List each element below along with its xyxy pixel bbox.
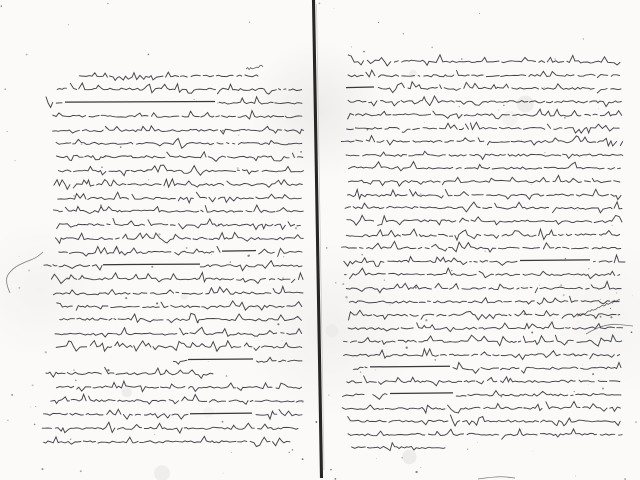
speck <box>616 292 617 293</box>
handwritten-text-line <box>348 55 620 66</box>
section-divider-rule <box>65 102 215 103</box>
handwritten-text-line <box>54 179 302 189</box>
speck <box>70 438 71 439</box>
speck <box>106 127 107 128</box>
speck <box>610 308 611 309</box>
speck <box>334 8 335 9</box>
speck <box>602 388 604 390</box>
section-divider-rule <box>370 366 450 367</box>
speck <box>248 255 250 257</box>
speck <box>425 319 427 321</box>
speck <box>73 369 75 371</box>
speck <box>524 313 526 315</box>
speck <box>281 144 282 145</box>
handwritten-text-line <box>51 273 303 284</box>
speck <box>328 394 330 396</box>
speck <box>610 316 612 318</box>
right-margin-gloss <box>577 300 620 316</box>
speck <box>68 24 69 25</box>
speck <box>295 227 297 229</box>
speck <box>125 297 127 299</box>
handwritten-text-line <box>54 286 304 294</box>
handwritten-text-line <box>341 136 622 146</box>
right-margin-curve <box>586 324 633 334</box>
handwritten-text-line <box>378 82 621 93</box>
handwritten-text-line <box>344 255 625 266</box>
manuscript-scan <box>0 0 640 480</box>
speck <box>532 451 533 452</box>
speck <box>431 46 433 48</box>
smudge-blob <box>502 111 518 127</box>
speck <box>247 446 248 447</box>
speck <box>415 471 417 473</box>
handwritten-text-line <box>347 122 620 133</box>
speck <box>479 13 480 14</box>
section-divider-rule <box>346 87 374 88</box>
handwritten-text-line <box>44 409 302 419</box>
speck <box>616 293 617 294</box>
speck <box>67 278 69 280</box>
speck <box>255 307 256 308</box>
handwritten-text-line <box>44 436 290 446</box>
handwritten-text-line <box>55 327 302 337</box>
handwritten-text-line <box>57 301 302 310</box>
speck <box>302 400 304 402</box>
speck <box>360 371 361 372</box>
speck <box>222 421 224 423</box>
speck <box>91 157 92 158</box>
speck <box>154 434 155 435</box>
speck <box>214 399 215 400</box>
speck <box>239 130 240 131</box>
speck <box>320 465 321 466</box>
speck <box>45 351 47 353</box>
speck <box>32 384 34 386</box>
speck <box>229 261 231 263</box>
handwritten-text-line <box>56 381 301 392</box>
speck <box>575 476 576 477</box>
speck <box>574 354 576 356</box>
handwritten-text-line <box>348 175 619 186</box>
speck <box>211 254 212 255</box>
handwritten-text-line <box>346 151 623 159</box>
handwritten-text-line <box>57 218 301 229</box>
speck <box>73 195 74 196</box>
handwritten-text-line <box>56 138 302 148</box>
handwritten-text-line <box>53 126 304 134</box>
speck <box>580 368 581 369</box>
speck <box>7 420 8 421</box>
speck <box>223 473 224 474</box>
handwritten-text-line <box>342 402 620 414</box>
handwritten-text-line <box>347 376 620 386</box>
speck <box>564 117 566 119</box>
speck <box>11 394 13 396</box>
speck <box>277 323 279 325</box>
handwritten-text-line <box>57 152 303 162</box>
handwritten-text-line <box>349 296 619 304</box>
speck <box>583 38 584 39</box>
speck <box>566 342 568 344</box>
speck <box>467 449 468 450</box>
handwritten-text-line <box>344 349 620 360</box>
left-page-text-block <box>42 72 303 446</box>
handwritten-text-line <box>347 215 622 225</box>
handwritten-text-line <box>348 189 621 199</box>
speck <box>390 305 391 306</box>
speck <box>335 282 337 284</box>
speck <box>100 204 102 206</box>
left-margin-flourish <box>7 252 43 293</box>
speck <box>459 106 460 107</box>
speck <box>632 296 633 297</box>
speck <box>345 296 347 298</box>
handwritten-text-line <box>348 429 622 439</box>
speck <box>544 152 545 153</box>
speck <box>484 251 485 252</box>
handwritten-text-line <box>352 443 445 451</box>
speck <box>28 270 30 272</box>
speck <box>521 140 522 141</box>
speck <box>330 469 332 471</box>
speck <box>592 373 594 375</box>
handwritten-text-line <box>59 246 302 256</box>
smudge-blob <box>122 387 132 397</box>
speck <box>226 375 228 377</box>
speck <box>1 5 2 6</box>
speck <box>75 380 77 382</box>
handwritten-text-line <box>346 229 620 240</box>
speck <box>237 167 239 169</box>
speck <box>156 302 158 304</box>
speck <box>5 88 6 89</box>
speck <box>544 87 545 88</box>
handwritten-text-line <box>345 268 620 279</box>
speck <box>197 321 199 323</box>
speck <box>461 58 463 60</box>
speck <box>283 256 285 258</box>
handwritten-text-line <box>345 202 622 213</box>
speck <box>477 442 478 443</box>
handwritten-text-line <box>42 422 298 433</box>
speck <box>326 247 328 249</box>
handwritten-text-line <box>58 192 301 203</box>
speck <box>361 254 363 256</box>
speck <box>420 467 421 468</box>
speck <box>612 225 613 226</box>
speck <box>375 370 376 371</box>
speck <box>34 424 36 426</box>
speck <box>531 184 532 185</box>
speck <box>376 458 377 459</box>
section-divider-rule <box>520 260 590 261</box>
handwritten-text-line <box>342 241 621 252</box>
handwritten-text-line <box>346 282 621 293</box>
handwritten-text-line <box>58 165 303 176</box>
speck <box>498 109 499 110</box>
speck <box>434 359 436 361</box>
speck <box>14 160 15 161</box>
speck <box>521 128 522 129</box>
section-divider-rule <box>188 359 253 360</box>
bottom-edge-curve <box>478 477 515 479</box>
speck <box>437 92 438 93</box>
handwritten-text-line <box>44 261 302 271</box>
speck <box>107 369 109 371</box>
speck <box>7 131 8 132</box>
speck <box>146 169 147 170</box>
speck <box>560 284 562 286</box>
speck <box>598 108 599 109</box>
speck <box>565 258 567 260</box>
speck <box>158 233 160 235</box>
speck <box>281 340 282 341</box>
handwritten-text-line <box>57 83 302 94</box>
handwritten-text-line <box>344 335 622 346</box>
speck <box>217 103 218 104</box>
handwritten-text-line <box>348 415 621 426</box>
speck <box>577 210 578 211</box>
section-divider-rule <box>222 251 256 252</box>
handwritten-text-line <box>46 367 213 378</box>
speck <box>531 331 533 333</box>
speck <box>419 193 421 195</box>
handwritten-text-line <box>348 96 621 107</box>
handwritten-text-line <box>51 394 302 404</box>
handwritten-text-line <box>80 72 259 80</box>
speck <box>148 179 149 180</box>
handwritten-text-line <box>56 341 302 352</box>
speck <box>289 452 291 454</box>
speck <box>107 3 108 4</box>
speck <box>151 266 153 268</box>
speck <box>101 166 103 168</box>
section-divider-rule <box>103 264 200 265</box>
speck <box>35 406 36 407</box>
speck <box>300 151 302 153</box>
speck <box>631 331 633 333</box>
smudge-blob <box>402 450 416 464</box>
speck <box>600 299 601 300</box>
speck <box>18 287 20 289</box>
handwritten-text-line <box>348 70 620 78</box>
speck <box>148 54 150 56</box>
speck <box>588 384 589 385</box>
section-divider-rule <box>390 393 453 394</box>
speck <box>194 99 195 100</box>
speck <box>407 340 408 341</box>
handwritten-text-line <box>53 111 302 119</box>
speck <box>367 129 369 131</box>
speck <box>80 470 82 472</box>
speck <box>351 46 352 47</box>
speck <box>574 391 575 392</box>
speck <box>635 421 637 423</box>
gutter-fold-line <box>314 0 325 478</box>
speck <box>500 396 502 398</box>
handwritten-text-line <box>349 162 621 171</box>
handwritten-text-line <box>348 109 622 119</box>
speck <box>41 468 43 470</box>
speck <box>318 2 320 4</box>
section-divider-rule <box>190 413 252 414</box>
speck <box>403 33 404 34</box>
speck <box>249 22 250 23</box>
speck <box>554 58 556 60</box>
speck <box>524 407 526 409</box>
speck <box>81 143 83 145</box>
speck <box>231 452 232 453</box>
speck <box>451 270 452 271</box>
smudge-blob <box>203 407 214 418</box>
speck <box>218 224 220 226</box>
speck <box>120 146 121 147</box>
speck <box>600 316 602 318</box>
speck <box>30 406 31 407</box>
speck <box>315 421 317 423</box>
right-page-text-block <box>341 55 625 451</box>
speck <box>378 22 379 23</box>
speck <box>602 246 603 247</box>
speck <box>539 285 540 286</box>
speck <box>282 277 284 279</box>
speck <box>302 458 304 460</box>
speck <box>26 54 28 56</box>
speck <box>563 294 565 296</box>
handwritten-text-line <box>55 233 303 244</box>
speck <box>406 347 408 349</box>
speck <box>222 130 224 132</box>
smudge-blob <box>326 325 339 338</box>
manuscript-rendering <box>0 0 640 480</box>
smudge-blob <box>517 96 534 113</box>
handwritten-text-line <box>60 313 302 322</box>
speck <box>363 51 365 53</box>
speck <box>588 268 589 269</box>
speck <box>582 365 583 366</box>
speck <box>115 247 117 249</box>
speck <box>415 287 417 289</box>
speck <box>186 247 188 249</box>
speck <box>104 156 106 158</box>
smudge-blob <box>154 465 170 480</box>
speck <box>401 457 403 459</box>
left-page-superscript <box>246 65 263 69</box>
speck <box>215 350 216 351</box>
speck <box>503 105 505 107</box>
speck <box>384 280 385 281</box>
speck <box>19 256 20 257</box>
speck <box>208 361 209 362</box>
speck <box>292 449 294 451</box>
speck <box>342 283 344 285</box>
speck <box>208 294 209 295</box>
speck <box>424 122 425 123</box>
handwritten-text-line <box>54 205 304 213</box>
handwritten-text-line <box>343 391 621 400</box>
speck <box>238 135 239 136</box>
handwritten-text-line <box>174 357 303 364</box>
handwritten-text-line <box>348 322 622 332</box>
